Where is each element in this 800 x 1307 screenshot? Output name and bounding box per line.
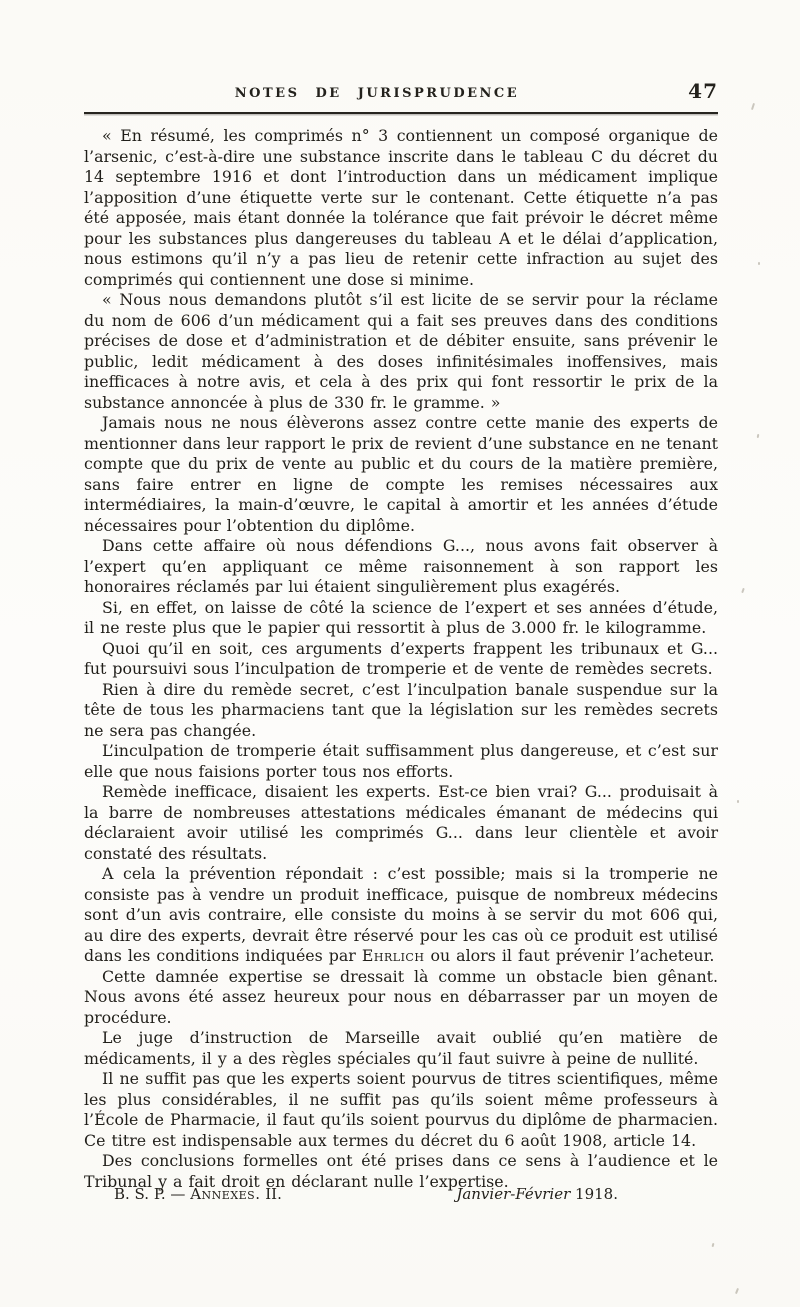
footer-signature-prefix: B. S. P. —	[114, 1185, 190, 1203]
body-paragraph: Rien à dire du remède secret, c’est l’in…	[84, 680, 718, 742]
scan-speck	[751, 103, 755, 110]
footer-signature: B. S. P. — Annexes. II.	[84, 1185, 282, 1203]
page-number: 47	[84, 79, 718, 103]
body-paragraph: Remède inefficace, disaient les experts.…	[84, 782, 718, 864]
body-paragraph: « En résumé, les comprimés n° 3 contienn…	[84, 126, 718, 290]
footer-signature-suffix: II.	[260, 1185, 281, 1203]
footer-issue-year: 1918.	[570, 1185, 618, 1203]
footer-issue-date: Janvier-Février 1918.	[456, 1185, 718, 1203]
body-paragraph: Si, en effet, on laisse de côté la scien…	[84, 598, 718, 639]
header-rule	[84, 112, 718, 114]
body-paragraph: « Nous nous demandons plutôt s’il est li…	[84, 290, 718, 413]
body-paragraph: Jamais nous ne nous élèverons assez cont…	[84, 413, 718, 536]
body-paragraph: A cela la prévention répondait : c’est p…	[84, 864, 718, 967]
scan-speck	[758, 262, 760, 265]
scan-speck	[737, 800, 739, 803]
ehrlich-name: Ehrlich	[362, 946, 425, 965]
footer-annexes-label: Annexes.	[190, 1185, 260, 1203]
paragraph-text: ou alors il faut prévenir l’acheteur.	[424, 946, 714, 965]
scan-speck	[712, 1243, 715, 1247]
body-paragraph: Dans cette affaire où nous défendions G.…	[84, 536, 718, 598]
scanned-document-page: NOTES DE JURISPRUDENCE 47 « En résumé, l…	[0, 0, 800, 1307]
body-paragraph: Le juge d’instruction de Marseille avait…	[84, 1028, 718, 1069]
footer-issue-months: Janvier-Février	[456, 1185, 570, 1203]
body-paragraph: Cette damnée expertise se dressait là co…	[84, 967, 718, 1029]
page-footer: B. S. P. — Annexes. II. Janvier-Février …	[84, 1185, 718, 1203]
scan-speck	[741, 588, 745, 593]
scan-speck	[735, 1288, 739, 1294]
body-paragraph: Il ne suffit pas que les experts soient …	[84, 1069, 718, 1151]
body-paragraph: L’inculpation de tromperie était suffisa…	[84, 741, 718, 782]
body-paragraph: Quoi qu’il en soit, ces arguments d’expe…	[84, 639, 718, 680]
page-body: « En résumé, les comprimés n° 3 contienn…	[84, 126, 718, 1192]
scan-speck	[757, 434, 760, 438]
